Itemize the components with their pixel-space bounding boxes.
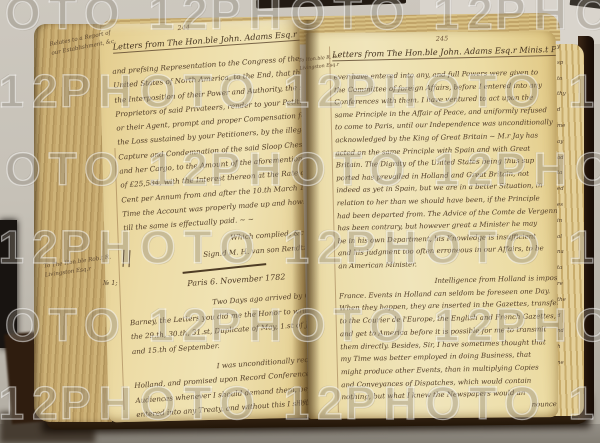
- right-page-number: 245: [436, 35, 449, 43]
- photo-of-open-letterbook: 244 Letters from The Hon.ble John. Adams…: [0, 0, 600, 443]
- left-page-heading: Letters from The Hon.ble John. Adams Esq…: [112, 24, 309, 53]
- text-line: h: [557, 344, 566, 360]
- book-gutter-shadow: [292, 20, 320, 420]
- dark-object-top: [256, 0, 406, 9]
- text-line: ne: [557, 360, 566, 376]
- dark-background-left: [0, 220, 17, 348]
- text-line: es: [557, 202, 566, 218]
- text-line: to: [557, 76, 566, 92]
- text-line: y: [557, 44, 566, 60]
- right-page-heading: Letters from The Hon.ble John. Adams Esq…: [332, 43, 558, 61]
- left-page-number: 244: [177, 23, 190, 32]
- text-line: ed: [557, 186, 566, 202]
- left-paragraph-1: and prefsing Representation to the Congr…: [112, 52, 309, 236]
- left-margin-number: № 1;: [103, 279, 118, 287]
- left-page-content: 244 Letters from The Hon.ble John. Adams…: [101, 20, 308, 423]
- edge-text-fragments: ysptothydmeayadtaedesinalnatarethedndhne: [557, 44, 566, 376]
- text-line: d: [557, 313, 566, 329]
- dateline: Paris 6. November 1782: [187, 272, 286, 288]
- text-line: d: [557, 107, 566, 123]
- text-line: in: [557, 218, 566, 234]
- text-line: ta: [557, 170, 566, 186]
- handdrawn-rule: [183, 263, 267, 273]
- left-paragraph-2: Two Days ago arrived by CaptainBarney, t…: [128, 288, 308, 359]
- right-page-content: 245 Letters from The Hon.ble John. Adams…: [308, 31, 559, 419]
- text-line: thy: [557, 91, 566, 107]
- text-line: ay: [557, 139, 566, 155]
- text-line: re: [557, 281, 566, 297]
- text-line: na: [557, 249, 566, 265]
- right-paragraph-2: Intelligence from Holland is impossible …: [339, 272, 559, 404]
- text-line: sp: [557, 60, 566, 76]
- text-line: nd: [557, 328, 566, 344]
- text-line: ad: [557, 155, 566, 171]
- text-line: ta: [557, 265, 566, 281]
- text-line: me: [557, 123, 566, 139]
- right-paragraph-1: ever have entered into any, and full Pow…: [334, 66, 557, 273]
- text-line: al: [557, 234, 566, 250]
- ink-mark: [123, 250, 131, 267]
- right-page: 245 Letters from The Hon.ble John. Adams…: [306, 31, 559, 419]
- left-page: 244 Letters from The Hon.ble John. Adams…: [99, 20, 309, 423]
- text-line: the: [557, 297, 566, 313]
